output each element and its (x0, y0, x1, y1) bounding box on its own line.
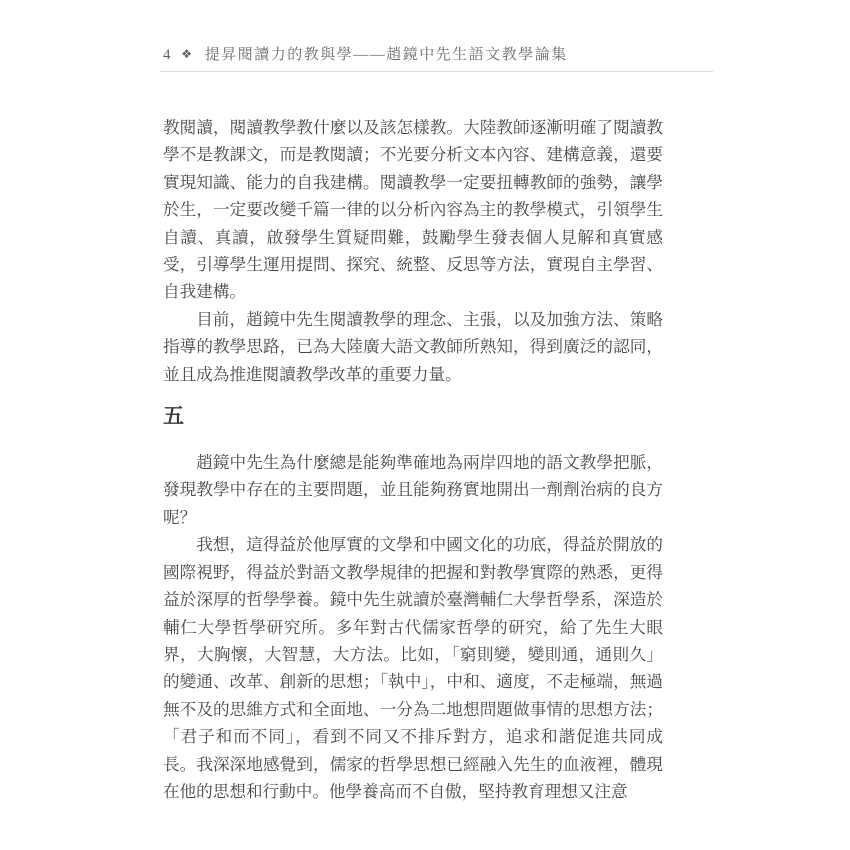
section-heading: 五 (163, 402, 663, 430)
body-paragraph: 目前，趙鏡中先生閱讀教學的理念、主張，以及加強方法、策略指導的教學思路，已為大陸… (163, 306, 663, 388)
ornament-icon: ❖ (181, 47, 193, 61)
body-paragraph: 趙鏡中先生為什麼總是能夠準確地為兩岸四地的語文教學把脈，發現教學中存在的主要問題… (163, 449, 663, 531)
page-number: 4 (163, 47, 172, 63)
book-page: 4 ❖ 提昇閱讀力的教與學——趙鏡中先生語文教學論集 教閱讀，閱讀教學教什麼以及… (0, 0, 850, 850)
header-rule (160, 71, 713, 72)
page-header: 4 ❖ 提昇閱讀力的教與學——趙鏡中先生語文教學論集 (163, 45, 568, 65)
page-body: 教閱讀，閱讀教學教什麼以及該怎樣教。大陸教師逐漸明確了閱讀教學不是教課文，而是教… (163, 114, 663, 805)
body-paragraph: 我想，這得益於他厚實的文學和中國文化的功底，得益於開放的國際視野，得益於對語文教… (163, 531, 663, 805)
body-paragraph: 教閱讀，閱讀教學教什麼以及該怎樣教。大陸教師逐漸明確了閱讀教學不是教課文，而是教… (163, 114, 663, 306)
running-title: 提昇閱讀力的教與學——趙鏡中先生語文教學論集 (205, 47, 568, 63)
